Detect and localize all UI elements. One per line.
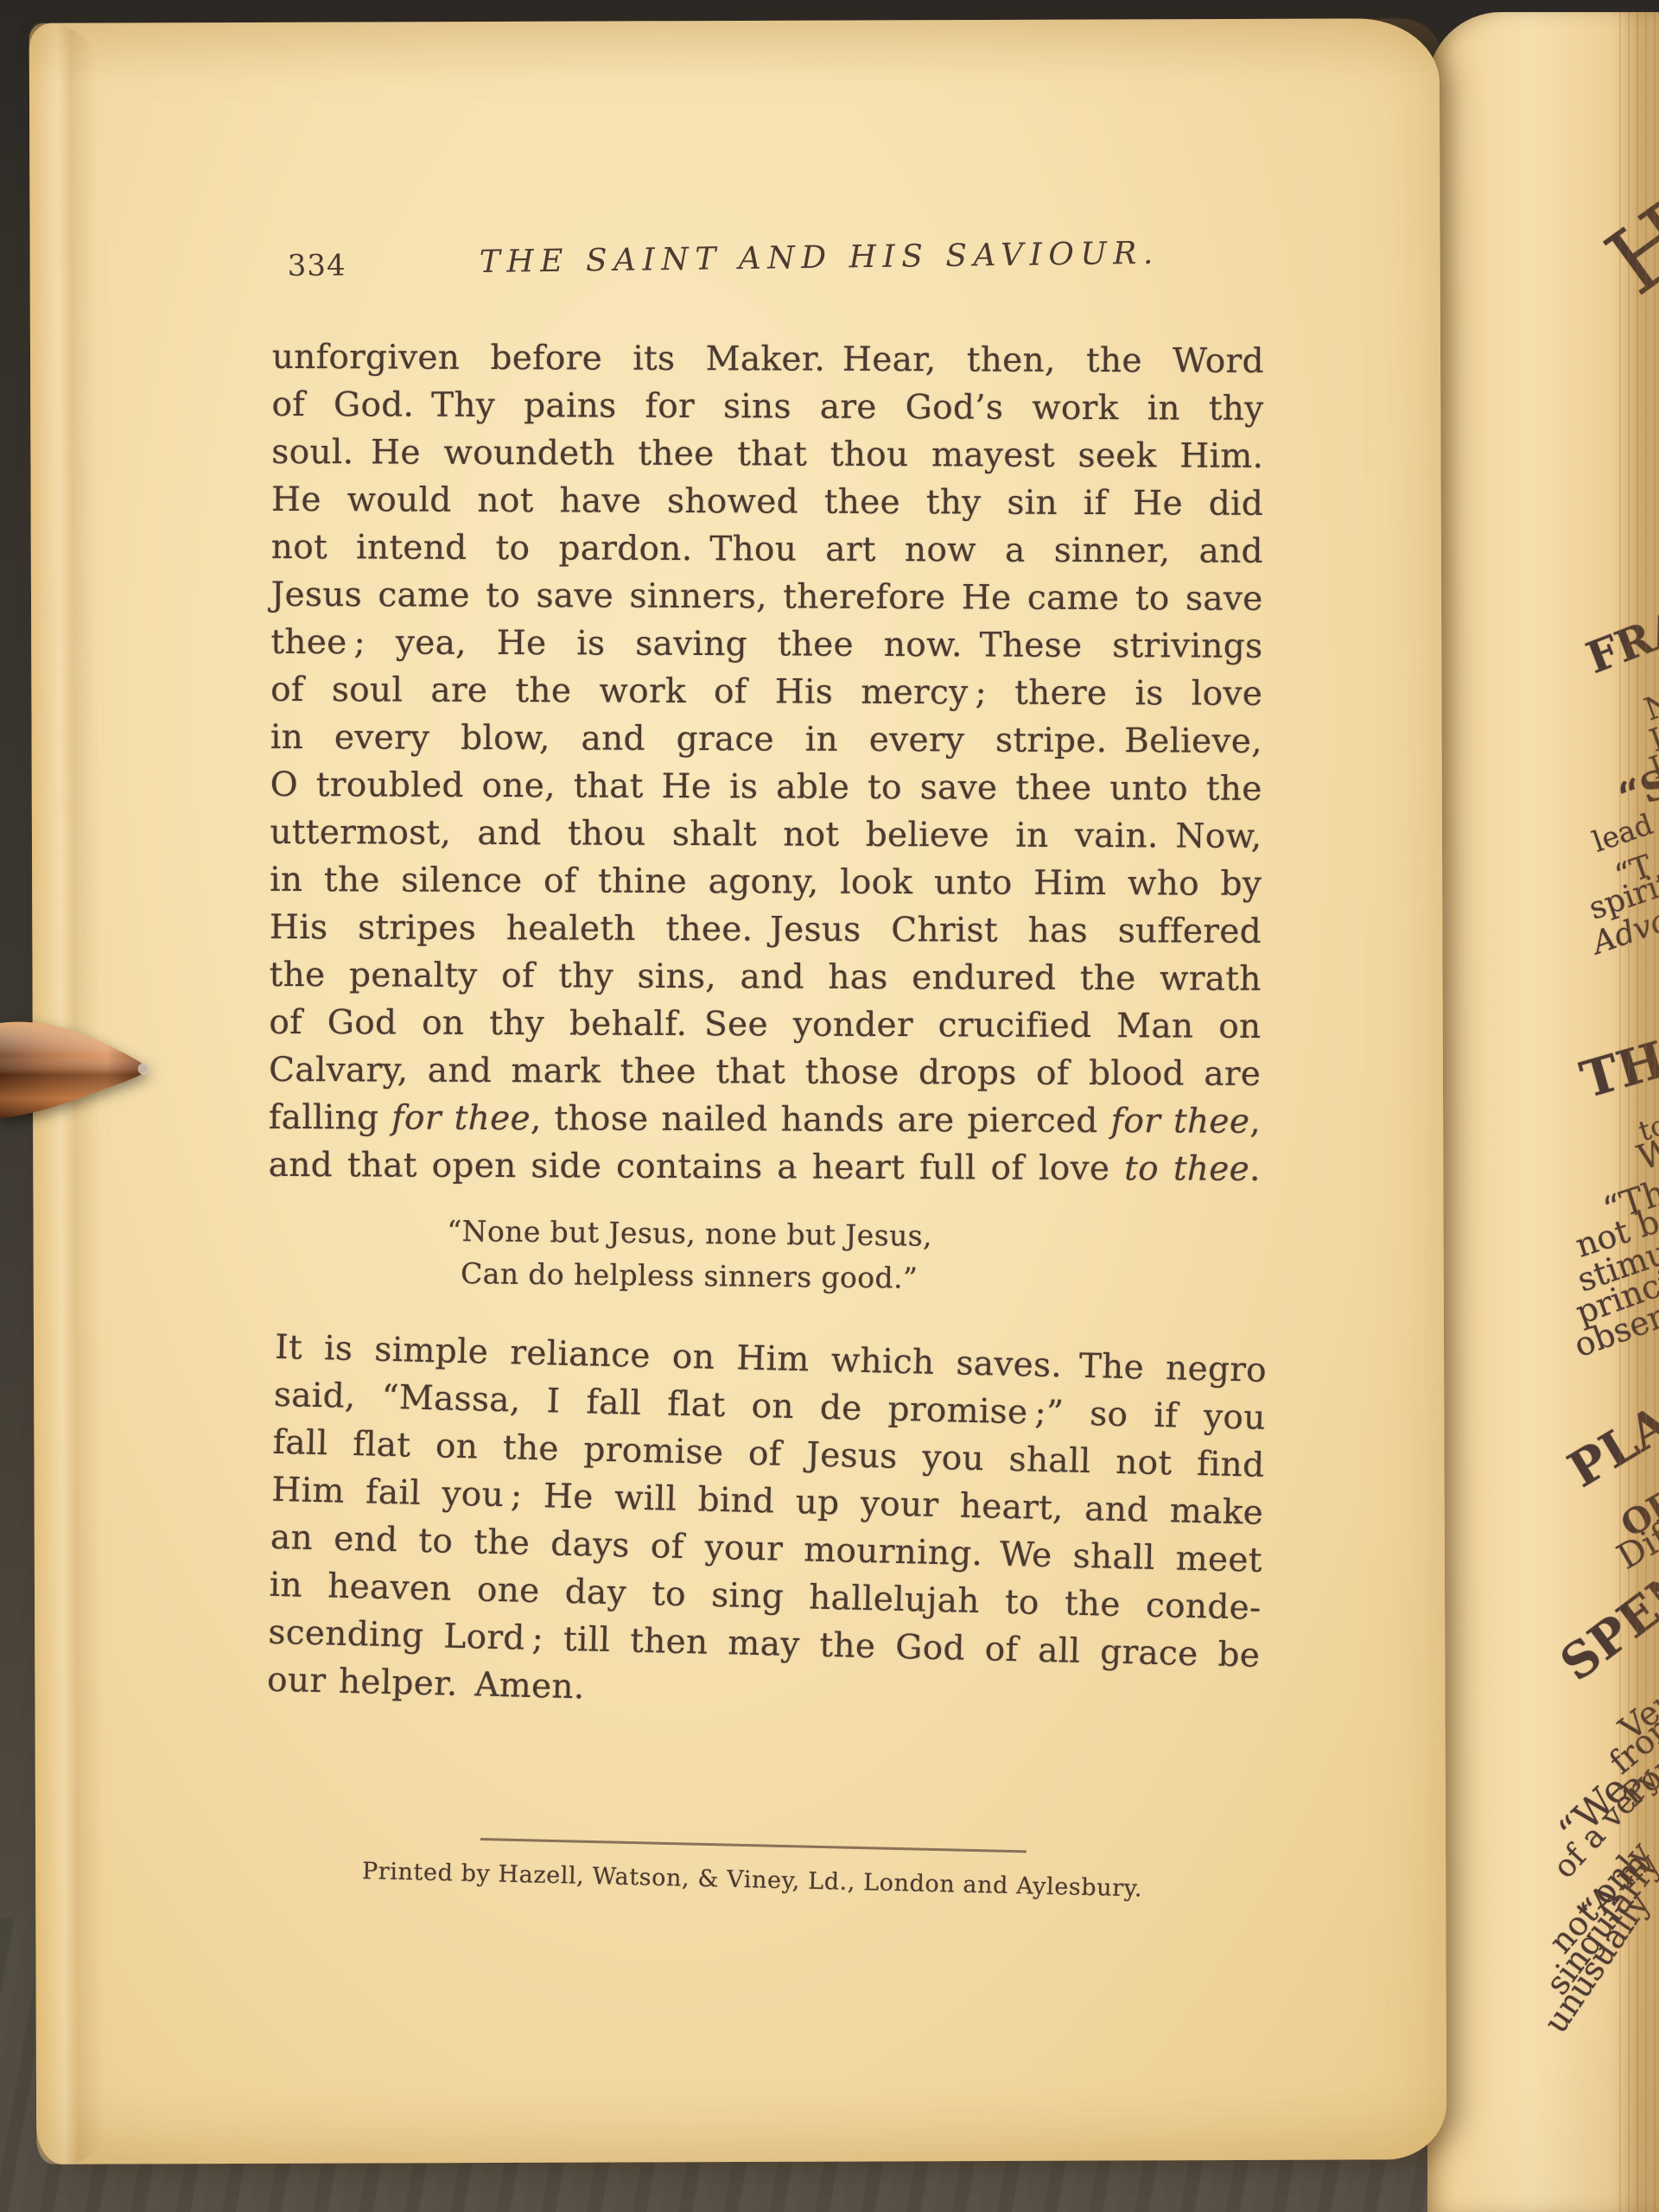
facing-page-text-fragment: N: [1640, 685, 1659, 728]
text-line: thee ; yea, He is saving thee now. These…: [270, 619, 1262, 671]
paragraph-2: It is simple reliance on Him which saves…: [267, 1324, 1268, 1727]
colophon-text: Printed by Hazell, Watson, & Viney, Ld.,…: [276, 1856, 1227, 1904]
facing-page-text-fragment: THE: [1574, 1020, 1659, 1110]
text-line: Calvary, and mark thee that those drops …: [269, 1046, 1261, 1098]
text-line: unforgiven before its Maker. Hear, then,…: [272, 334, 1264, 385]
facing-page-text-fragment: OF: [1614, 1483, 1659, 1545]
facing-page-text-fragment: W: [1633, 1130, 1659, 1179]
text-line: in every blow, and grace in every stripe…: [270, 714, 1262, 766]
book-page: 334 THE SAINT AND HIS SAVIOUR. unforgive…: [29, 18, 1447, 2164]
facing-page-text-fragment: I: [1645, 749, 1659, 786]
facing-page-text-fragment: I: [1645, 721, 1659, 759]
facing-page-text-fragment: spirit,: [1585, 863, 1659, 927]
verse-quote: “None but Jesus, none but Jesus, Can do …: [274, 1208, 1104, 1301]
text-line: in the silence of thine agony, look unto…: [270, 856, 1262, 908]
facing-page-edge: HFRANII“Slead t“Tspirit,AdvocTHEtoW“Thno…: [1427, 12, 1659, 2212]
text-line: of soul are the work of His mercy ; ther…: [270, 666, 1262, 718]
text-line: of God. Thy pains for sins are God’s wor…: [271, 381, 1263, 433]
facing-page-text-fragment: Por: [1614, 1748, 1659, 1814]
text-line: and that open side contains a heart full…: [269, 1141, 1261, 1193]
paragraph-1: unforgiven before its Maker. Hear, then,…: [269, 334, 1264, 1193]
text-line: of God on thy behalf. See yonder crucifi…: [269, 999, 1261, 1051]
text-line: not intend to pardon. Thou art now a sin…: [271, 524, 1263, 575]
text-line: Jesus came to save sinners, therefore He…: [270, 571, 1262, 623]
text-line: the penalty of thy sins, and has endured…: [270, 951, 1262, 1003]
copper-bullet-object: [0, 1016, 156, 1122]
running-title: THE SAINT AND HIS SAVIOUR.: [480, 236, 1160, 280]
text-line: He would not have showed thee thy sin if…: [271, 476, 1263, 528]
verse-line-2: Can do helpless sinners good.”: [274, 1250, 1103, 1301]
text-line: O troubled one, that He is able to save …: [270, 761, 1262, 813]
facing-page-text-fragment: SPEN: [1550, 1555, 1659, 1693]
facing-page-text-fragment: Dif: [1611, 1517, 1659, 1578]
text-line: His stripes healeth thee. Jesus Christ h…: [270, 904, 1262, 956]
page-number: 334: [288, 249, 346, 283]
facing-page-text-fragment: “S: [1612, 760, 1659, 821]
text-line: soul. He woundeth thee that thou mayest …: [271, 429, 1263, 480]
text-line: falling for thee, those nailed hands are…: [269, 1094, 1261, 1146]
colophon-rule: [480, 1838, 1027, 1853]
facing-page-text-fragment: Ver: [1612, 1683, 1659, 1747]
book-photograph: HFRANII“Slead t“Tspirit,AdvocTHEtoW“Thno…: [0, 0, 1659, 2212]
text-line: uttermost, and thou shalt not believe in…: [270, 809, 1262, 861]
facing-page-text-fragment: PLA: [1559, 1395, 1659, 1499]
facing-page-text-fragment: FRA: [1580, 600, 1659, 683]
facing-page-text-fragment: lead t: [1588, 800, 1659, 859]
facing-page-text-fragment: to: [1635, 1109, 1659, 1148]
facing-page-text-fragment: H: [1588, 184, 1659, 315]
